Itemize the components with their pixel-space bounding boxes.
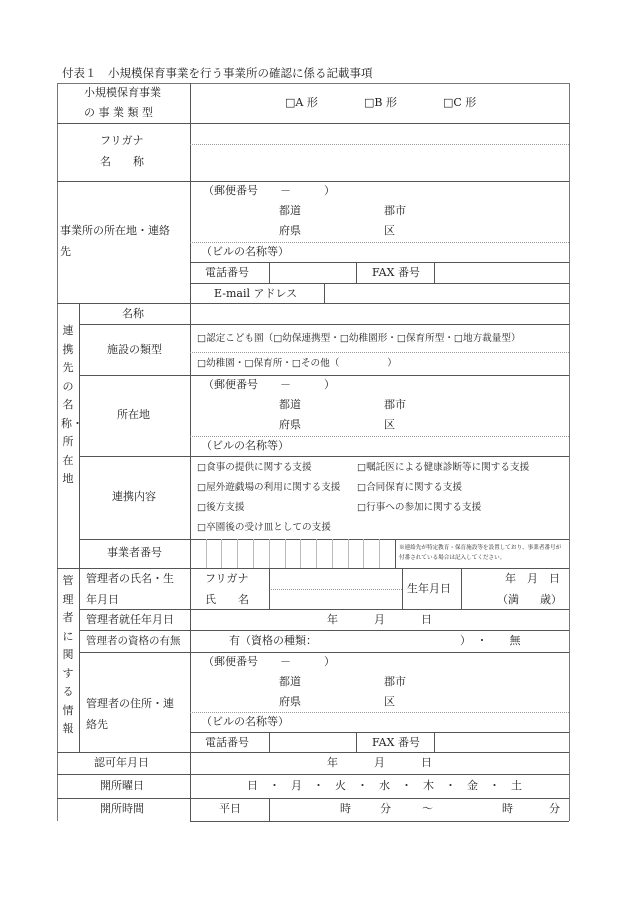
cooperation-checkbox[interactable]: □合同保育に関する支援 [357, 481, 462, 495]
row-line [79, 652, 569, 653]
year-label: 年 [327, 756, 338, 770]
cooperation-checkbox[interactable]: □行事への参加に関する支援 [357, 501, 481, 515]
ward-label: 区 [384, 224, 395, 238]
dotted-separator [190, 242, 569, 243]
row-line [79, 375, 569, 376]
cell-divider [461, 568, 462, 609]
checkbox-type-b[interactable]: □B 形 [364, 96, 397, 110]
office-address-label: 事業所の所在地・連絡 [60, 224, 170, 238]
prefecture-label: 府県 [279, 695, 301, 709]
dob-date-field[interactable]: 年 月 日 [505, 572, 560, 586]
section-subdivider [79, 303, 80, 752]
email-input[interactable] [325, 284, 568, 302]
cooperation-checkbox[interactable]: □食事の提供に関する支援 [197, 461, 312, 475]
partner-name-label: 名称 [122, 307, 144, 321]
weekday-label: 平日 [219, 802, 241, 816]
operator-number-input[interactable] [191, 540, 394, 567]
row-line [57, 181, 569, 182]
manager-name-input[interactable] [270, 590, 401, 608]
phone-input[interactable] [270, 733, 355, 751]
building-name-field[interactable]: （ビルの名称等） [201, 439, 289, 453]
checkbox-type-a[interactable]: □A 形 [285, 96, 318, 110]
ward-label: 区 [384, 418, 395, 432]
business-type-label: 小規模保育事業 [84, 86, 161, 100]
open-days-label: 開所曜日 [100, 779, 144, 793]
email-label: E-mail アドレス [214, 287, 297, 301]
manager-section-label: 管理者に関する情報 [61, 572, 75, 739]
operator-number-note: ※連絡先が特定教育・保育施設等を設置しており、事業者番号が付番されている場合は記… [399, 543, 565, 563]
furigana-label: フリガナ [100, 134, 143, 148]
open-hours-input[interactable] [270, 799, 568, 820]
ward-label: 区 [384, 695, 395, 709]
manager-name-dob-label: 年月日 [86, 593, 119, 607]
day-label: 日 [421, 613, 432, 627]
prefecture-label: 府県 [279, 418, 301, 432]
business-type-label: の 事 業 類 型 [84, 106, 153, 120]
facility-type-options[interactable]: □認定こども園（□幼保連携型・□幼稚園形・□保育所型・□地方裁量型） [197, 332, 521, 346]
dotted-separator [190, 436, 569, 437]
fax-input[interactable] [435, 733, 568, 751]
fax-label: FAX 番号 [372, 736, 420, 750]
partner-name-input[interactable] [191, 304, 568, 323]
dob-label: 生年月日 [407, 582, 451, 596]
cooperation-label: 連携内容 [112, 490, 156, 504]
year-label: 年 [327, 613, 338, 627]
table-border-left [57, 83, 58, 821]
fax-input[interactable] [435, 263, 568, 282]
partner-address-label: 所在地 [117, 408, 150, 422]
phone-input[interactable] [270, 263, 355, 282]
cooperation-checkbox[interactable]: □嘱託医による健康診断等に関する支援 [357, 461, 529, 475]
operator-number-label: 事業者番号 [107, 546, 162, 560]
age-field: （満 [497, 593, 519, 607]
cell-divider [402, 568, 403, 609]
name-label: 名 称 [100, 155, 144, 169]
phone-label: 電話番号 [205, 736, 249, 750]
row-line [57, 774, 569, 775]
dotted-separator [190, 352, 569, 353]
manager-address-label: 絡先 [86, 718, 108, 732]
checkbox-type-c[interactable]: □C 形 [443, 96, 476, 110]
cell-divider [356, 732, 357, 752]
office-address-label: 先 [60, 245, 71, 259]
cooperation-checkbox[interactable]: □卒園後の受け皿としての支援 [197, 521, 331, 535]
phone-label: 電話番号 [205, 266, 249, 280]
qualification-no-option[interactable]: ） ・ 無 [460, 634, 521, 648]
open-days-options[interactable]: 日 ・ 月 ・ 火 ・ 水 ・ 木 ・ 金 ・ 土 [247, 779, 522, 793]
column-divider [190, 83, 191, 821]
partner-section-label: 連携先の名称・所在地 [61, 322, 75, 489]
prefecture-label: 都道 [279, 675, 301, 689]
table-border-top [57, 83, 569, 84]
age-field: 歳） [540, 593, 562, 607]
manager-address-label: 管理者の住所・連 [86, 697, 174, 711]
row-line [190, 821, 569, 822]
prefecture-label: 都道 [279, 204, 301, 218]
day-label: 日 [421, 756, 432, 770]
cooperation-checkbox[interactable]: □後方支援 [197, 501, 244, 515]
name-input[interactable] [191, 145, 568, 180]
approval-date-label: 認可年月日 [94, 756, 149, 770]
appointed-date-label: 管理者就任年月日 [86, 613, 174, 627]
open-hours-label: 開所時間 [100, 802, 144, 816]
manager-name-dob-label: 管理者の氏名・生 [86, 572, 174, 586]
table-border-right [569, 83, 570, 821]
row-line [79, 630, 569, 631]
cell-divider [356, 262, 357, 283]
facility-type-options[interactable]: □幼稚園・□保育所・□その他（ ） [197, 357, 397, 371]
cell-divider [395, 539, 396, 568]
page-title: 付表１ 小規模保育事業を行う事業所の確認に係る記載事項 [62, 66, 373, 80]
row-line [79, 324, 569, 325]
dotted-separator [190, 712, 569, 713]
name-label: 氏 名 [205, 593, 249, 607]
qualification-yes-option[interactable]: 有（資格の種類： [229, 634, 317, 648]
month-label: 月 [374, 613, 385, 627]
qualification-label: 管理者の資格の有無 [86, 634, 181, 648]
building-name-field[interactable]: （ビルの名称等） [201, 715, 289, 729]
manager-furigana-input[interactable] [270, 569, 401, 588]
furigana-label: フリガナ [205, 572, 248, 586]
city-label: 郡市 [384, 675, 406, 689]
fax-label: FAX 番号 [372, 266, 420, 280]
city-label: 郡市 [384, 204, 406, 218]
month-label: 月 [374, 756, 385, 770]
prefecture-label: 府県 [279, 224, 301, 238]
postal-code-field[interactable]: （郵便番号 － ） [203, 655, 335, 669]
postal-code-field[interactable]: （郵便番号 － ） [203, 184, 335, 198]
facility-type-label: 施設の類型 [107, 343, 162, 357]
city-label: 郡市 [384, 398, 406, 412]
building-name-field[interactable]: （ビルの名称等） [201, 245, 289, 259]
prefecture-label: 都道 [279, 398, 301, 412]
furigana-input[interactable] [191, 124, 568, 143]
row-line [79, 456, 569, 457]
postal-code-field[interactable]: （郵便番号 － ） [203, 378, 335, 392]
cooperation-checkbox[interactable]: □屋外遊戯場の利用に関する支援 [197, 481, 340, 495]
